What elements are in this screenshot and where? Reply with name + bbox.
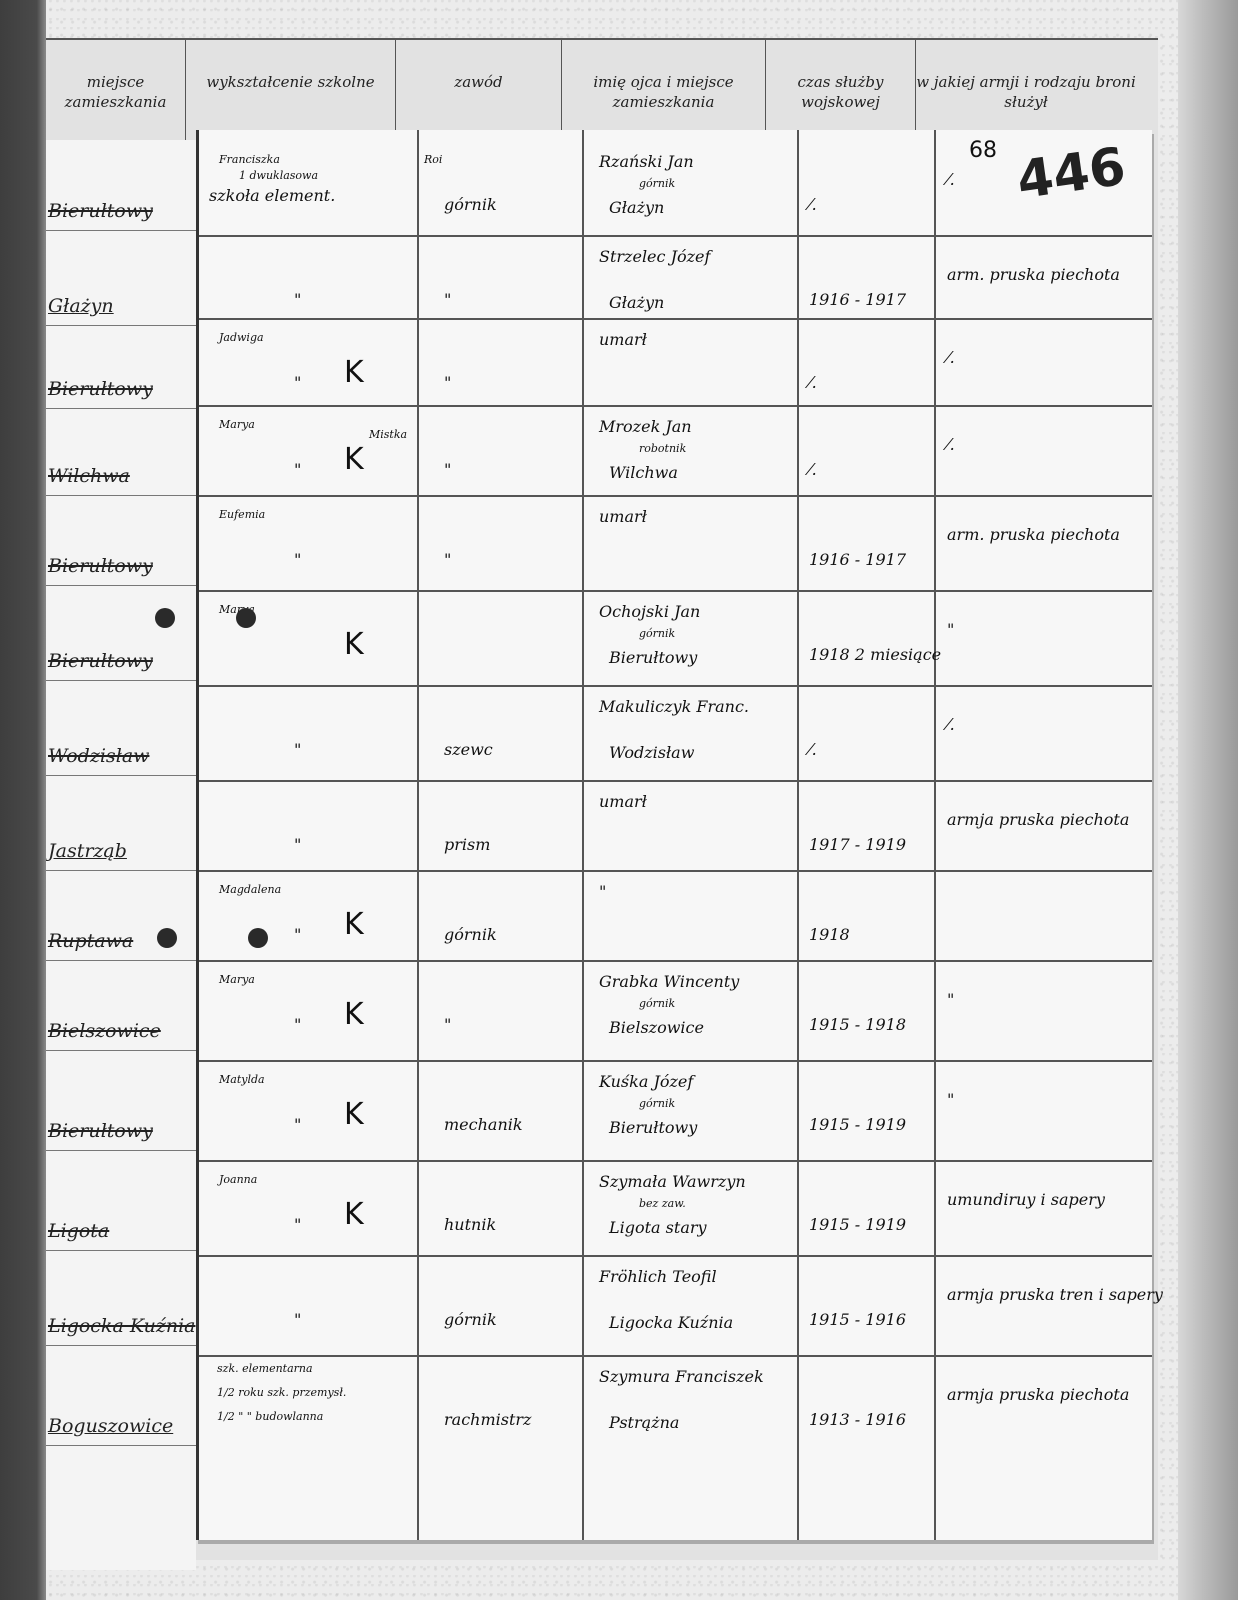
place-name: Wodzisław [46,745,198,767]
education: " [294,290,301,310]
row-divider [46,1445,196,1446]
army-branch: ⁄. [947,435,955,455]
row-divider [199,235,1152,237]
father-place: Wodzisław [609,743,694,763]
father-place: Ligocka Kuźnia [609,1313,733,1333]
father-place: Wilchwa [609,463,678,483]
army-branch: umundiruy i sapery [947,1190,1105,1210]
service-time: ⁄. [809,195,817,215]
place-column: BierułtowyGłażynBierułtowyWilchwaBierułt… [46,140,196,1570]
row-divider [199,495,1152,497]
k-mark: K [344,635,364,655]
father-name: umarł [599,507,647,527]
place-name: Bierułtowy [46,1120,198,1142]
father-place: Bielszowice [609,1018,704,1038]
education: szk. elementarna [217,1359,313,1379]
father-place: Głażyn [609,198,664,218]
column-divider [797,130,799,1540]
row-divider [46,585,196,586]
father-occupation: górnik [639,1094,675,1114]
service-time: 1915 - 1918 [809,1015,906,1035]
father-name: Rzański Jan [599,152,694,172]
mother-name: Eufemia [219,505,265,525]
row-divider [46,495,196,496]
punch-hole [248,928,268,948]
service-time: 1913 - 1916 [809,1410,906,1430]
column-divider [934,130,936,1540]
service-time: 1916 - 1917 [809,290,906,310]
army-branch: arm. pruska piechota [947,265,1120,285]
place-name: Bierułtowy [46,378,198,400]
father-place: Pstrążna [609,1413,679,1433]
row-divider [46,230,196,231]
education: " [294,1015,301,1035]
scan-edge-left [0,0,46,1600]
army-branch: armja pruska tren i sapery [947,1285,1163,1305]
service-time: 1918 [809,925,850,945]
place-name: Bierułtowy [46,555,198,577]
row-divider [199,318,1152,320]
row-divider [46,1050,196,1051]
row-divider [199,590,1152,592]
punch-hole [157,928,177,948]
army-branch: " [947,1090,954,1110]
father-occupation: górnik [639,624,675,644]
father-name: Grabka Wincenty [599,972,739,992]
column-divider [417,130,419,1540]
education: 1/2 " " budowlanna [217,1407,323,1427]
place-name: Ligocka Kuźnia [46,1315,198,1337]
mother-name: Joanna [219,1170,257,1190]
father-name: Fröhlich Teofil [599,1267,717,1287]
father-name: Makuliczyk Franc. [599,697,749,717]
place-name: Głażyn [46,295,198,317]
father-name: " [599,882,606,902]
education: 1 dwuklasowa [239,166,318,186]
army-branch: armja pruska piechota [947,810,1129,830]
row-divider [199,1160,1152,1162]
row-divider [199,870,1152,872]
mother-name: Magdalena [219,880,281,900]
row-divider [46,325,196,326]
occupation: górnik [444,195,497,215]
occupation: szewc [444,740,493,760]
service-time: 1917 - 1919 [809,835,906,855]
row-divider [199,685,1152,687]
occupation: górnik [444,925,497,945]
service-time: 1918 2 miesiące [809,645,941,665]
occupation: " [444,460,451,480]
header-place: miejsce zamieszkania [46,40,186,140]
education: " [294,460,301,480]
army-branch: arm. pruska piechota [947,525,1120,545]
page-number: 68 [969,138,997,163]
education: " [294,1215,301,1235]
mother-name: Marya [219,970,255,990]
father-occupation: robotnik [639,439,686,459]
row-divider [199,780,1152,782]
education: " [294,550,301,570]
mother-name: Matylda [219,1070,265,1090]
place-name: Jastrząb [46,840,198,862]
row-divider [46,1250,196,1251]
education: " [294,1310,301,1330]
row-divider [199,1255,1152,1257]
k-mark: K [344,1005,364,1025]
occupation: górnik [444,1310,497,1330]
place-name: Ligota [46,1220,198,1242]
education: szkoła element. [209,186,335,206]
row-divider [46,1345,196,1346]
army-branch: " [947,990,954,1010]
education: " [294,925,301,945]
place-name: Bierułtowy [46,200,198,222]
education: " [294,1115,301,1135]
occupation: " [444,550,451,570]
row-divider [46,408,196,409]
father-place: Ligota stary [609,1218,707,1238]
register-front-sheet: 68 446 Franciszka1 dwuklasowaszkoła elem… [196,130,1152,1540]
occupation: " [444,290,451,310]
header-army-branch: w jakiej armji i rodzaju broni służył [916,40,1136,140]
service-time: ⁄. [809,460,817,480]
row-divider [199,960,1152,962]
education: " [294,835,301,855]
father-name: Strzelec Józef [599,247,710,267]
service-time: ⁄. [809,740,817,760]
place-name: Wilchwa [46,465,198,487]
punch-hole [236,608,256,628]
k-note: Mistka [369,425,407,445]
father-place: Bierułtowy [609,648,697,668]
father-place: Głażyn [609,293,664,313]
occupation: mechanik [444,1115,523,1135]
occupation-note: Roi [424,150,442,170]
army-branch: " [947,620,954,640]
row-divider [46,960,196,961]
father-name: Mrozek Jan [599,417,692,437]
service-time: 1915 - 1919 [809,1215,906,1235]
row-divider [46,870,196,871]
k-mark: K [344,363,364,383]
row-divider [46,775,196,776]
father-name: Ochojski Jan [599,602,700,622]
service-time: 1916 - 1917 [809,550,906,570]
father-occupation: górnik [639,994,675,1014]
folio-number: 446 [1013,137,1129,212]
father-occupation: bez zaw. [639,1194,686,1214]
army-branch: ⁄. [947,170,955,190]
row-divider [199,1060,1152,1062]
father-name: umarł [599,330,647,350]
k-mark: K [344,1205,364,1225]
k-mark: K [344,1105,364,1125]
education: " [294,373,301,393]
scan-edge-right [1178,0,1238,1600]
place-name: Boguszowice [46,1415,198,1437]
occupation: rachmistrz [444,1410,531,1430]
father-name: Szymura Franciszek [599,1367,764,1387]
service-time: 1915 - 1916 [809,1310,906,1330]
header-service-time: czas służby wojskowej [766,40,916,140]
header-father: imię ojca i miejsce zamieszkania [562,40,766,140]
header-occupation: zawód [396,40,562,140]
occupation: " [444,373,451,393]
mother-name: Marya [219,415,255,435]
army-branch: armja pruska piechota [947,1385,1129,1405]
occupation: " [444,1015,451,1035]
father-name: umarł [599,792,647,812]
army-branch: ⁄. [947,348,955,368]
mother-name: Jadwiga [219,328,264,348]
father-occupation: górnik [639,174,675,194]
place-name: Bielszowice [46,1020,198,1042]
row-divider [199,1355,1152,1357]
column-divider [582,130,584,1540]
place-name: Bierułtowy [46,650,198,672]
occupation: hutnik [444,1215,496,1235]
education: 1/2 roku szk. przemysł. [217,1383,346,1403]
k-mark: K [344,450,364,470]
row-divider [46,680,196,681]
father-place: Bierułtowy [609,1118,697,1138]
punch-hole [155,608,175,628]
education: " [294,740,301,760]
father-name: Kuśka Józef [599,1072,693,1092]
service-time: ⁄. [809,373,817,393]
row-divider [199,405,1152,407]
occupation: prism [444,835,490,855]
service-time: 1915 - 1919 [809,1115,906,1135]
row-divider [46,1150,196,1151]
father-name: Szymała Wawrzyn [599,1172,746,1192]
header-education: wykształcenie szkolne [186,40,396,140]
army-branch: ⁄. [947,715,955,735]
k-mark: K [344,915,364,935]
